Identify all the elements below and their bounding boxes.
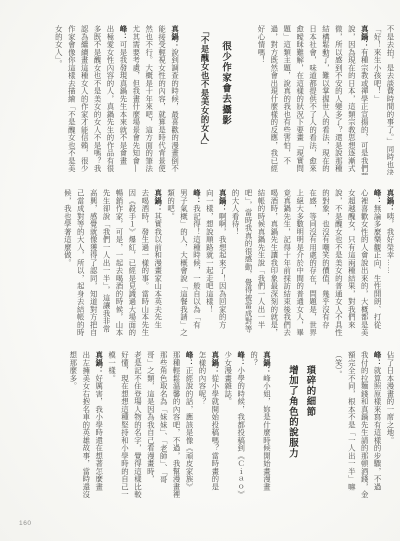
text-column: 尤其需要考慮，但我畫什麼場景會先知會— [129,25,142,175]
speaker-label: 真鍋： [171,25,180,48]
text-column: 模一樣。 [105,351,118,501]
text-column: 的？ [247,351,260,501]
text-column: 的大人看待！ [228,189,241,339]
text-column: 真鍋：從小學就開始投稿嗎？當時畫的是 [208,351,221,501]
text-column: 說，不是醜女也不是美女的普通女人不具性 [331,189,344,339]
text-column: 出極愛女性內容的人，真鍋先生的作品有很 [103,25,116,175]
text-column: 出左擁美女右抱名車的英雄故事，當時還沒 [79,351,92,501]
page-number: 160 [19,520,32,527]
speaker-label: 峰： [373,189,382,205]
text-column: 峰：可是我發現真鍋先生本來就不是會畫 [116,25,129,175]
text-column: 真鍋：咦，我好榮幸…… [383,189,396,339]
speaker-label: 峰： [237,351,246,367]
text-column: 先生卻說「我們一人出一半」，這讓我非常 [99,189,112,339]
text-column: 女的女人」。 [51,25,64,175]
book-page: 不是去拍，是去談費時間的事了。」同時也決定「好！來生小孩吧！」真鍋：有種宗教或禪… [0,0,400,541]
text-column: 作家會像你這樣去描繪「不是醜女也不是美 [64,25,77,175]
text-column: 怎樣的內容呢？ [195,351,208,501]
text-column: 竟真鍋先生，記得十年前採訪結束後我們去 [280,189,293,339]
text-column: 己當成對等的大人，所以，起身去結帳的時 [73,189,86,339]
text-column: 過，對方既然會出現什麼樣的反應，我已經 [267,25,280,175]
text-column: 微，所以感到不安的人變多了？還是說那種 [331,25,344,175]
text-column: 高興，感覺就像獲得了認同，知道對方把自 [86,189,99,339]
text-column: 老是記不住登場人物的名字，覺得這樣比較 [131,351,144,501]
text-column: 「好！來生小孩吧！」 [370,25,383,175]
text-column: 那種輕鬆溫馨的內容吧，不過，我幫漫畫裡 [169,351,182,501]
text-column: 額完全不同，根本不是「一人出一半」嘛 [344,351,357,501]
text-column: 峰：我記得！這種時候，一般自以為「有 [190,189,203,339]
text-column: 去喝酒時，發生過一樣的事。當時山本先生 [138,189,151,339]
column-gap [272,351,284,501]
section-subheading: 「不是醜女也不是美女的女人」 [199,25,212,175]
text-column: 類的吧。 [164,189,177,339]
speaker-label: 峰： [373,351,382,367]
text-column: 日本社會，味道都提供不了人的看法，愈來 [306,25,319,175]
speaker-label: 峰： [119,25,128,41]
speaker-label: 真鍋： [211,351,220,374]
text-column: 想那麼多。 [66,351,79,501]
text-column: 男子氣概」的人，大概會說「這餐我請」之 [177,189,190,339]
text-column: 峰：小學的時候，我都投稿到《Ｃｉａｏ》 [234,351,247,501]
text-column: 說，因為現在的日本，這類宗教思想逐漸式 [344,25,357,175]
text-column: 不是去拍，是去談費時間的事了。」同時也決定 [383,25,396,175]
text-column: 結帳的時候真鍋先生說「我們一人出一半 [254,189,267,339]
text-column: 真鍋：峰小姐，妳是什麼時候開始畫漫畫 [260,351,273,501]
section-heading: 很少作家會去攝影 [220,25,233,175]
text-column: 然也不行。大概是十年來吧，這方面的筆法 [142,25,155,175]
text-column: 的對象，也沒有嘲笑的價值，幾乎沒有存 [319,189,332,339]
speaker-label: 真鍋： [360,25,369,48]
text-band-bottom: 佔了日本漫畫的一席之地。峰：就算照原樣來寫有這樣的步驟，不過我付的拉麵錢和真鍋先… [30,351,396,501]
text-column: 題」這類主題，說真的我也有些害怕，不 [280,25,293,175]
text-column: 好懂，現在想想這種堅持和小學時的自己一 [118,351,131,501]
text-column: 暢銷作家，可是，一起去喝酒的時候，山本 [112,189,125,339]
text-column: 真鍋：有種宗教或禪學正宣揚的，可是我們聽 [357,25,370,175]
speaker-label: 真鍋： [218,189,227,212]
text-column: （笑）。 [331,351,344,501]
speaker-label: 峰： [192,189,201,205]
text-column: 愈曖昧難解，在這樣的狀況下要畫「現實問 [293,25,306,175]
text-column: 因《殺手１》爆紅，已經是見識過大場面的 [125,189,138,339]
column-gap [181,25,193,175]
text-column: 那些角色取名為「妹妹」、「老師」、「哥 [156,351,169,501]
text-column: 哥」之類，這是因為我自己看漫畫時， [143,351,156,501]
text-column: 峰：正經說的話，應該是像《頑皮家族》 [182,351,195,501]
text-column: 峰：無論多麼樂觀正向、生性開朗、打從 [370,189,383,339]
speaker-label: 真鍋： [95,351,104,374]
text-column: 能接受輕視女性的內容，就算是時代背景使 [155,25,168,175]
text-column: 我付的拉麵錢和真鍋先生請的那頓酒錢，金 [357,351,370,501]
text-column: 少女漫畫雜誌。 [221,351,234,501]
text-band-middle: 真鍋：咦，我好榮幸……峰：無論多麼樂觀正向、生性開朗、打從心裡喜歡女性的人會說出… [30,189,396,339]
text-column: 在感，等同沒有用處的存在，問題是，世界 [306,189,319,339]
text-band-top: 不是去拍，是去談費時間的事了。」同時也決定「好！來生小孩吧！」真鍋：有種宗教或禪… [30,25,396,175]
text-column: 真鍋：啊啊，我想起來了！因為回家的方 [215,189,228,339]
speaker-label: 真鍋： [262,351,271,374]
text-column: 女超越醜女，只有這兩種結果，對我們來 [344,189,357,339]
text-column: 吧」，當時我真的很感動，覺得被當成對等 [241,189,254,339]
column-gap [319,351,331,501]
column-gap [242,25,254,175]
text-column: 真鍋：好厲害，我小學時還在想著怎麼畫 [92,351,105,501]
speaker-label: 真鍋： [386,189,395,212]
text-column: 結構鬆動了，難以掌握世人的看法，現在的 [319,25,332,175]
text-column: 真鍋：其實我以前和漫畫家山本英夫先生 [151,189,164,339]
text-column: 認為繼續畫這種女人的作家才能信賴，很少 [77,25,90,175]
text-column: 心裡喜歡女性的人會說出來的，大概都是美 [357,189,370,339]
text-column: 峰：就算照原樣來寫有這樣的步驟，不過 [370,351,383,501]
text-column: 喝酒時，真鍋先生讓我印象最深刻的就是， [267,189,280,339]
text-column: 向一樣，想說順路就一起走吧這樣！ [202,189,215,339]
text-column: 佔了日本漫畫的一席之地。 [383,351,396,501]
section-heading: 增加了角色的說服力 [286,351,300,501]
speaker-label: 真鍋： [154,189,163,212]
section-heading: 瑣碎的細節 [304,351,318,501]
text-column: 真鍋：說到調查的時候，最喜歡的漫畫倒不 [168,25,181,175]
text-column: 好心情嗎！ [254,25,267,175]
text-column: 候，我也學著這麼做。 [60,189,73,339]
text-column: 多既不是醜女也不是美女的女人不是嗎？我 [90,25,103,175]
text-column: 上絕大多數明明是介於中間的普通女人，畢 [293,189,306,339]
speaker-label: 峰： [185,351,194,367]
